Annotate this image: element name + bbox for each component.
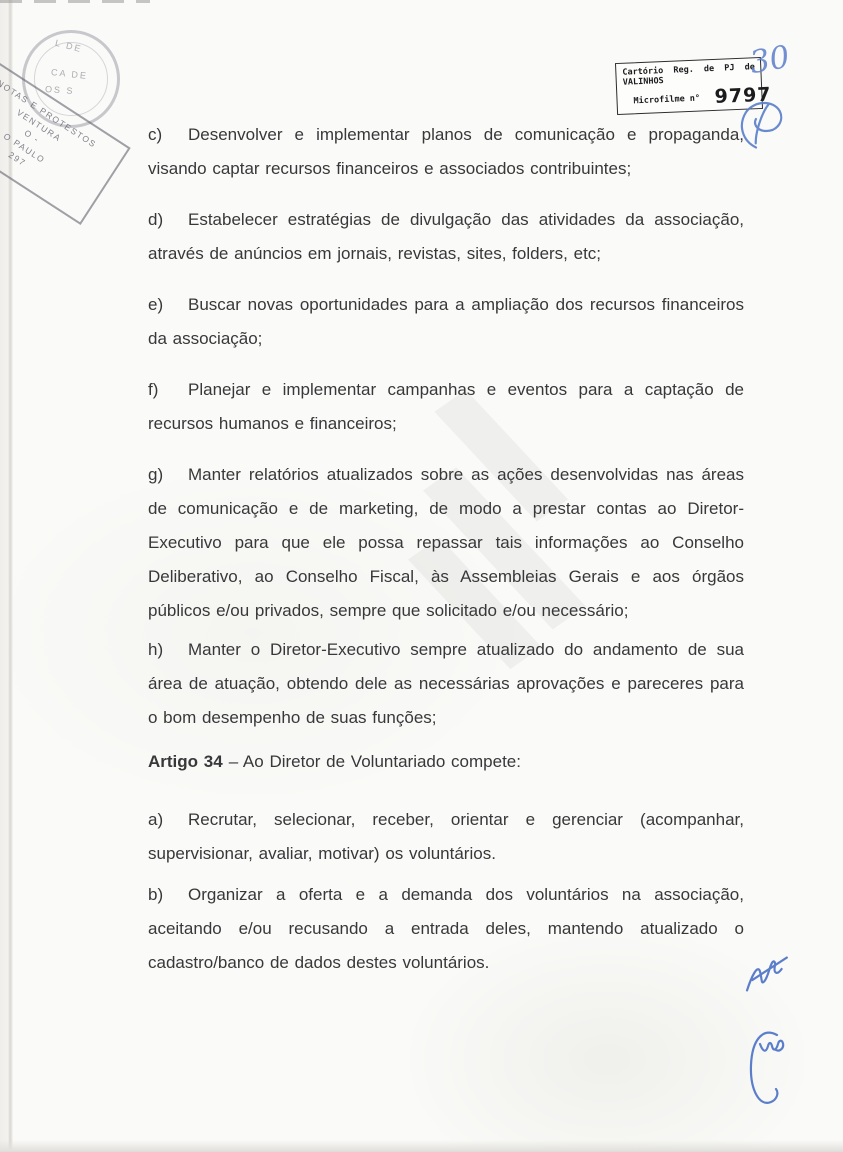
article-heading: Artigo 34– Ao Diretor de Voluntariado co…	[148, 745, 744, 779]
page-top-edge-mark	[0, 0, 150, 3]
clause-b: b) Organizar a oferta e a demanda dos vo…	[148, 878, 744, 980]
clause-text: Organizar a oferta e a demanda dos volun…	[148, 885, 744, 972]
microfilm-label: Microfilme n°	[633, 94, 700, 107]
handwritten-initial-top	[738, 950, 795, 1000]
handwritten-page-number: 30	[747, 39, 792, 81]
clause-letter: b)	[148, 878, 163, 912]
clause-text: Desenvolver e implementar planos de comu…	[148, 125, 744, 178]
clause-letter: g)	[148, 458, 163, 492]
clause-text: Manter o Diretor-Executivo sempre atuali…	[148, 640, 744, 727]
article-text: – Ao Diretor de Voluntariado compete:	[229, 752, 521, 771]
clause-letter: h)	[148, 633, 163, 667]
clause-a: a) Recrutar, selecionar, receber, orient…	[148, 803, 744, 871]
clause-c: c) Desenvolver e implementar planos de c…	[148, 118, 744, 186]
clause-letter: d)	[148, 203, 163, 237]
clause-text: Manter relatórios atualizados sobre as a…	[148, 465, 744, 620]
clause-d: d) Estabelecer estratégias de divulgação…	[148, 203, 744, 271]
clause-f: f) Planejar e implementar campanhas e ev…	[148, 373, 744, 441]
clause-e: e) Buscar novas oportunidades para a amp…	[148, 288, 744, 356]
clause-text: Estabelecer estratégias de divulgação da…	[148, 210, 744, 263]
page-bottom-edge-shadow	[0, 1140, 843, 1152]
article-number: Artigo 34	[148, 752, 223, 771]
clause-letter: a)	[148, 803, 163, 837]
clause-text: Recrutar, selecionar, receber, orientar …	[148, 810, 744, 863]
scanned-document-page: L DE CA DE OS S NOTAS E PROTESTOS VENTUR…	[0, 0, 843, 1152]
clause-letter: f)	[148, 373, 158, 407]
clause-h: h) Manter o Diretor-Executivo sempre atu…	[148, 633, 744, 735]
clause-text: Planejar e implementar campanhas e event…	[148, 380, 744, 433]
clause-letter: c)	[148, 118, 162, 152]
clause-letter: e)	[148, 288, 163, 322]
handwritten-initial-bottom	[746, 1026, 792, 1112]
clause-text: Buscar novas oportunidades para a amplia…	[148, 295, 744, 348]
clause-g: g) Manter relatórios atualizados sobre a…	[148, 458, 744, 628]
